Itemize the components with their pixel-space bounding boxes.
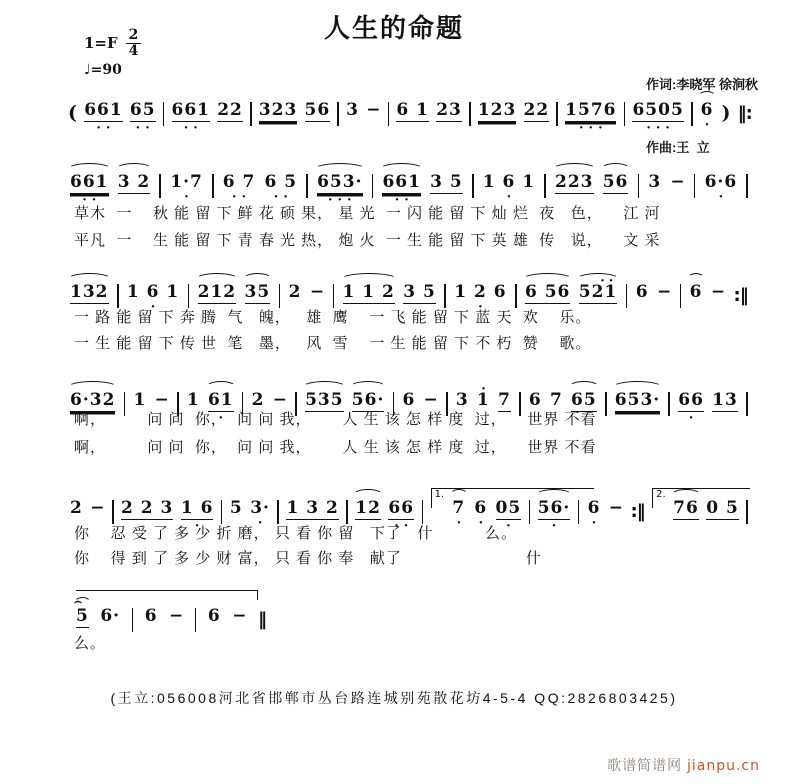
music-line-2: 661··3 21·7·6 7··6 5··653····661··3 51 6… [70,160,748,210]
note-group: 35 [245,284,271,304]
slur-arc-icon [315,163,364,175]
barline [694,174,696,198]
note-group: 123 [478,102,517,122]
slur-arc-icon [553,163,596,175]
note-group: 2 [289,284,302,301]
note-group: 1 [133,392,146,409]
note-group: 1 3 2 [286,500,338,520]
note-group: 23 [436,102,462,122]
note-group: 2 [70,500,83,517]
watermark: 歌谱简谱网 jianpu.cn [607,755,760,775]
duration-dash: − [90,500,104,517]
note-group: 132 [70,284,109,304]
slur-arc-icon [303,381,346,393]
duration-dash: − [273,392,287,409]
note-group: 6 56 [525,284,570,304]
sheet-music-page: 人生的命题 1=F 2 4 ♩=90 作词:李晓军 徐涧秋 作曲:王 立 (66… [0,0,788,784]
note-group: 1 2 6· [454,284,506,310]
note-group: 6 [529,392,542,409]
slur-arc-icon [698,91,717,103]
duration-dash: − [155,392,169,409]
lyric-line-final: 么。 [74,634,752,654]
barline [746,174,748,198]
barline [372,174,374,198]
note-group: 6· [587,500,602,526]
note-group: 653· [615,392,660,412]
contact-info: (王立:056008河北省邯郸市丛台路连城别苑散花坊4-5-4 QQ:28268… [0,688,788,708]
watermark-link[interactable]: jianpu.cn [687,758,760,774]
repeat-end-sign: :‖ [630,500,644,524]
note-group: 2 2 3 [121,500,173,520]
barline [337,102,339,126]
octave-dots-above: · [481,387,490,393]
key-signature: 1=F 2 4 ♩=90 [84,28,141,78]
octave-dots-below: · [700,123,715,128]
octave-dots-below: ·· [390,198,414,203]
octave-dots-below: ·· [77,198,101,203]
note-group: ⌢5 [76,608,89,628]
barline [469,102,471,126]
duration-dash: − [366,102,380,119]
lyric-line-verse2-c: 啊， 问 问 你， 问 问 我， 人 生 该 怎 样 度 过， 世界 不看 [74,438,752,458]
barline [388,102,390,126]
slur-arc-icon [380,163,423,175]
note-group: 22 [217,102,243,122]
note-group: 65·· [130,102,156,131]
slur-arc-icon [243,273,273,285]
barline [444,284,446,308]
slur-arc-icon [569,381,599,393]
note-group: 6 [636,284,649,301]
slur-arc-icon [601,163,631,175]
note-group: 3 [456,392,469,409]
note-group: 22 [524,102,550,122]
note-group: 6·6· [705,174,738,200]
octave-dots-below: ·· [269,195,293,200]
lyric-line-verse1-b: 一 路 能 留 下 奔 腾 气 魄， 雄 鹰 一 飞 能 留 下 蓝 天 欢 乐… [74,308,752,328]
note-group: 3 [346,102,359,119]
duration-dash: − [657,284,671,301]
note-group: 223 [555,174,594,194]
note-group: 1·7· [170,174,203,200]
barline [333,284,335,308]
lyric-line-verse2-d: 你 得 到 了 多 少 财 富， 只 看 你 奉 献了 什 [74,549,752,569]
slur-arc-icon [68,163,111,175]
tempo-marking: ♩=90 [84,62,141,78]
barline [422,500,424,524]
watermark-site-name: 歌谱简谱网 [607,757,682,773]
note-group: 1576··· [565,102,616,131]
octave-dots-below: ··· [641,126,675,131]
repeat-end-sign: :‖ [734,284,748,308]
note-group: 56· [352,392,385,412]
barline [195,608,197,632]
time-numerator: 2 [126,28,142,43]
barline [515,284,517,308]
note-group: ·1 [477,392,490,409]
barline [306,174,308,198]
slur-arc-icon [68,273,111,285]
slur-arc-icon [671,489,701,501]
repeat-begin-sign: ‖: [738,102,752,126]
lyric-line-verse2-b: 一 生 能 留 下 传 世 笔 墨， 风 雪 一 生 能 留 下 不 朽 赞 歌… [74,334,752,354]
note-group: 661·· [172,102,211,131]
note-group: 212 [198,284,237,304]
barline [346,500,348,524]
lyric-line-verse1-c: 啊， 问 问 你， 问 问 我， 人 生 该 怎 样 度 过， 世界 不看 [74,410,752,430]
slur-arc-icon [341,273,397,285]
duration-dash: − [711,284,725,301]
final-barline: ‖ [258,608,266,632]
note-group: 65 [571,392,597,412]
note-group: 6· [474,500,489,526]
barline [624,102,626,126]
barline [638,174,640,198]
fermata-icon: ⌢ [74,595,82,607]
note-group: 76 [673,500,699,520]
barline [163,102,165,126]
octave-dots-below: ·· [131,126,155,131]
note-group: 7· [452,500,467,526]
note-group: 6 7·· [223,174,256,200]
barline [556,102,558,126]
duration-dash: − [310,284,324,301]
music-parenthesis: ( [68,102,77,124]
octave-dots-below: · [502,195,517,200]
tempo-value: =90 [91,62,122,78]
duration-dash: − [424,392,438,409]
octave-dots-below: ··· [323,198,357,203]
barline [279,284,281,308]
octave-dots-below: ·· [227,195,251,200]
note-group: 13 [712,392,738,412]
note-group: 1 1 2 [343,284,395,304]
note-group: 3 5 [430,174,463,194]
barline [680,284,682,308]
lyric-line-verse2-a: 平凡 一 生 能 留 下 青 春 光 热， 炮 火 一 生 能 留 下 英 雄 … [74,231,752,251]
note-group: 6 [402,392,415,409]
note-group: 56 [603,174,629,194]
slur-arc-icon [68,381,117,393]
note-group: 6 1 [396,102,429,122]
note-group: 3 5 [403,284,436,304]
slur-arc-icon [353,489,383,501]
barline [132,608,134,632]
note-group: 7 [550,392,563,409]
note-group: 3·· [250,500,270,526]
slur-arc-icon [206,381,236,393]
note-group: 6· [700,102,715,128]
note-group: 5 [230,500,243,517]
note-group: 661·· [70,174,109,203]
note-group: 6 [208,608,221,625]
octave-dots-below: ··· [574,126,608,131]
barline [691,102,693,126]
slur-arc-icon [116,163,153,175]
barline [212,174,214,198]
note-group: 7 [498,392,511,412]
time-denominator: 4 [126,43,142,59]
note-group: 3 2 [118,174,151,194]
octave-dots-below: ·· [91,126,115,131]
octave-dots-below: ·· [179,126,203,131]
note-group: ··521 [579,284,618,304]
duration-dash: − [609,500,623,517]
slur-arc-icon [523,273,572,285]
duration-dash: − [169,608,183,625]
slur-arc-icon [450,489,469,501]
note-group: 56 [305,102,331,122]
note-group: 653···· [317,174,362,203]
note-group: 6·32 [70,392,115,412]
barline [159,174,161,198]
slur-arc-icon [196,273,239,285]
note-group: 6505··· [632,102,683,131]
octave-dots-below: · [714,195,729,200]
octave-dots-below: · [179,195,194,200]
note-group: 2 [252,392,265,409]
barline [188,284,190,308]
slur-arc-icon [350,381,387,393]
note-group: 12 [355,500,381,520]
barline [250,102,252,126]
note-group: 6· [100,608,120,625]
note-group: 0 5 [706,500,739,520]
note-group: 6 [145,608,158,625]
time-signature: 2 4 [126,28,142,58]
note-group: 6 [690,284,703,301]
barline [626,284,628,308]
barline [117,284,119,308]
music-line-1: (661··65··661··22323563−6 123123221576··… [68,88,752,138]
duration-dash: − [232,608,246,625]
slur-arc-icon [536,489,573,501]
barline [544,174,546,198]
note-group: 323 [259,102,298,122]
note-group: 1 6 1· [127,284,179,310]
duration-dash: − [670,174,684,191]
octave-dots-above: ·· [600,279,617,285]
note-group: 535 [305,392,344,412]
lyric-line-verse1-a: 草木 一 秋 能 留 下 鲜 花 硕 果， 星 光 一 闪 能 留 下 灿 烂 … [74,204,752,224]
note-group: 6 5·· [265,174,298,200]
lyric-line-verse1-d: 你 忍 受 了 多 少 折 磨， 只 看 你 留 下了 什 么。 [74,524,752,544]
note-group: 661·· [84,102,123,131]
barline [221,500,223,524]
composer-credit: 作曲:王 立 [646,137,758,158]
barline [472,174,474,198]
quarter-note-icon: ♩ [84,62,91,78]
music-parenthesis: ) [721,102,730,124]
slur-arc-icon [613,381,662,393]
note-group: 1 6 1· [483,174,535,200]
barline [112,500,114,524]
note-group: 3 [648,174,661,191]
key-label: 1=F [84,34,118,52]
note-group: 661·· [382,174,421,203]
barline [277,500,279,524]
note-group: 1 [187,392,200,409]
